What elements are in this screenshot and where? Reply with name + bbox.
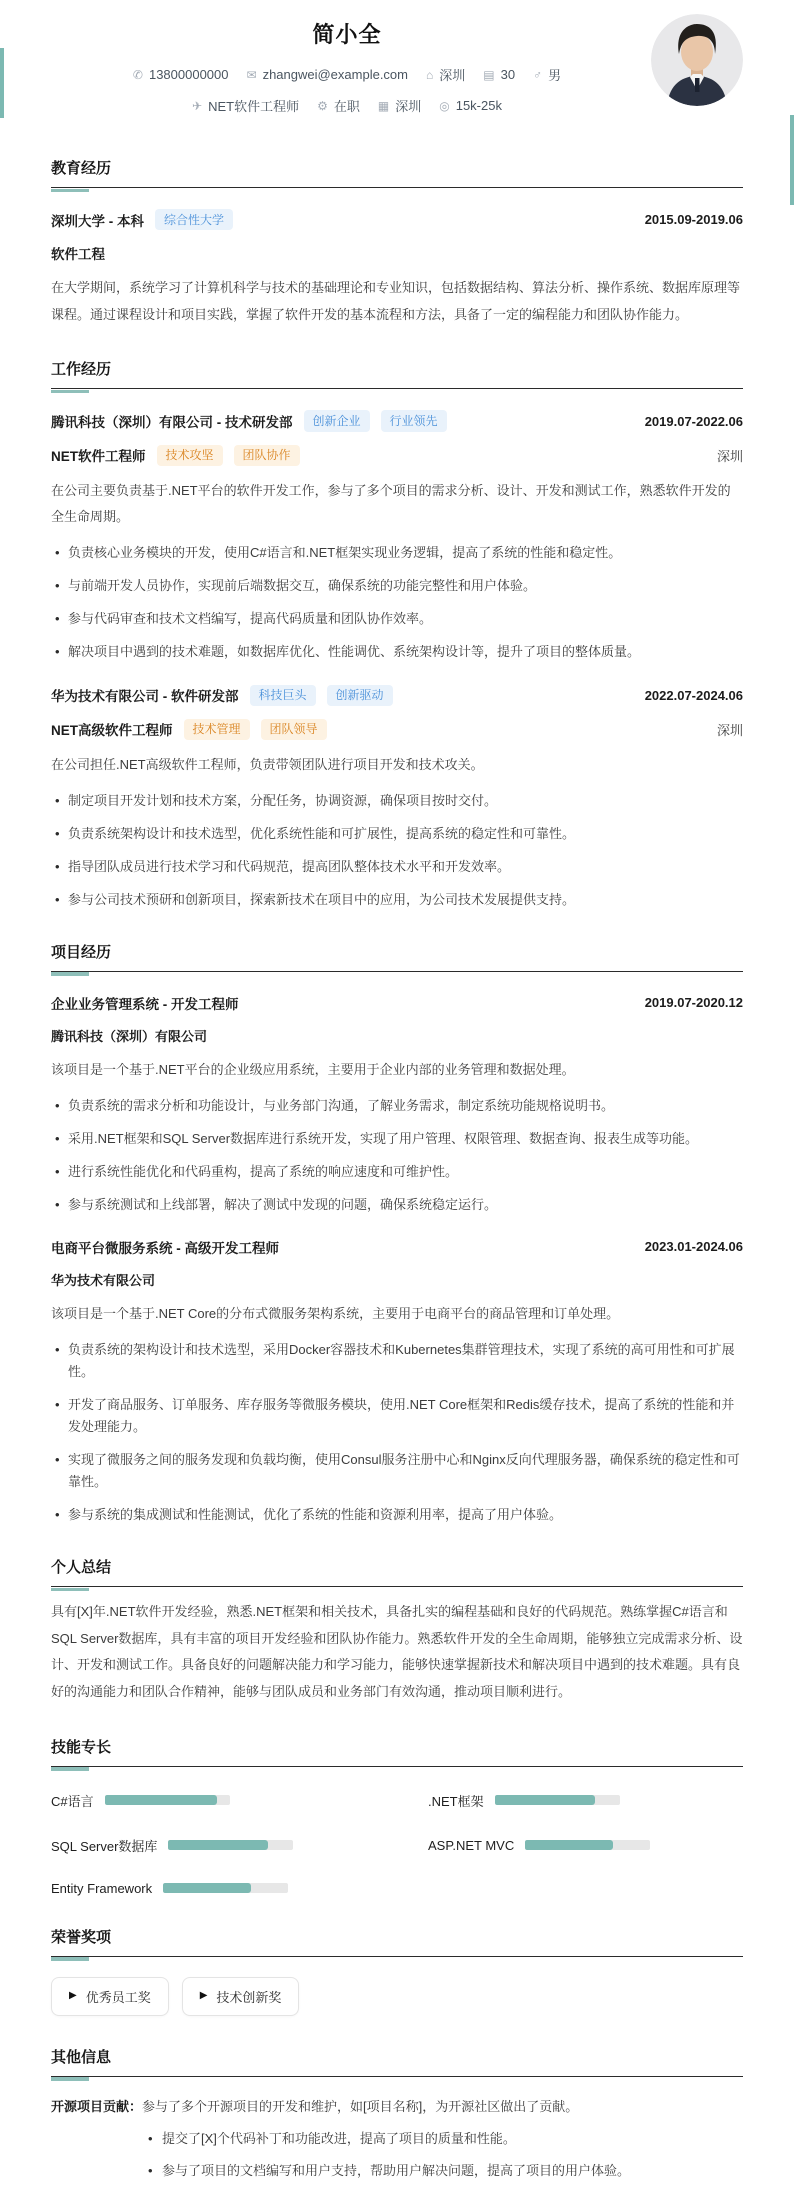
other-info-label: 开源项目贡献： [51,2099,142,2114]
section-title-education: 教育经历 [51,157,743,188]
project-date: 2023.01-2024.06 [645,1239,743,1254]
skill-bar-fill [168,1840,268,1850]
award-chip[interactable]: ▶ 优秀员工奖 [51,1977,169,2016]
award-label: 技术创新奖 [216,1987,281,2006]
section-skills: 技能专长 C#语言 .NET框架 SQL Server数据库 ASP.NET M… [51,1736,743,1896]
contact-location: ⌂ 深圳 [426,65,465,84]
skill-item: ASP.NET MVC [428,1836,743,1855]
section-work: 工作经历 腾讯科技（深圳）有限公司 - 技术研发部 创新企业 行业领先 2019… [51,358,743,910]
skill-name: .NET框架 [428,1791,484,1810]
company-name: 华为技术有限公司 - 软件研发部 [51,685,239,705]
project-entry: 企业业务管理系统 - 开发工程师 2019.07-2020.12 腾讯科技（深圳… [51,993,743,1216]
project-date: 2019.07-2020.12 [645,995,743,1010]
phone-icon: ✆ [133,69,143,81]
skill-bar-fill [105,1795,218,1805]
section-awards: 荣誉奖项 ▶ 优秀员工奖 ▶ 技术创新奖 [51,1926,743,2016]
contact-gender-text: 男 [548,65,561,84]
contact-city: ▦ 深圳 [378,96,421,115]
education-date: 2015.09-2019.06 [645,212,743,227]
contact-gender: ♂ 男 [533,65,561,84]
company-tag: 创新驱动 [327,685,393,706]
project-company: 腾讯科技（深圳）有限公司 [51,1026,743,1045]
contact-job-status-text: 在职 [334,96,360,115]
contact-row-2: ✈ NET软件工程师 ⚙ 在职 ▦ 深圳 ◎ 15k-25k [51,96,643,115]
skill-item: C#语言 [51,1791,366,1810]
bullet-item: 进行系统性能优化和代码重构，提高了系统的响应速度和可维护性。 [51,1161,743,1183]
school-tag: 综合性大学 [155,209,233,230]
role-title: NET软件工程师 [51,445,146,465]
bullet-item: 开发了商品服务、订单服务、库存服务等微服务模块，使用.NET Core框架和Re… [51,1394,743,1438]
bullet-item: 解决项目中遇到的技术难题，如数据库优化、性能调优、系统架构设计等，提升了项目的整… [51,641,743,663]
section-title-projects: 项目经历 [51,941,743,972]
bullet-item: 制定项目开发计划和技术方案，分配任务，协调资源，确保项目按时交付。 [51,790,743,812]
bullet-item: 负责核心业务模块的开发，使用C#语言和.NET框架实现业务逻辑，提高了系统的性能… [51,542,743,564]
work-desc: 在公司主要负责基于.NET平台的软件开发工作，参与了多个项目的需求分析、设计、开… [51,478,743,531]
play-icon: ▶ [69,1991,77,2001]
role-tag: 团队协作 [234,445,300,466]
project-entry: 电商平台微服务系统 - 高级开发工程师 2023.01-2024.06 华为技术… [51,1237,743,1526]
resume-page: 简小全 ✆ 13800000000 ✉ zhangwei@example.com… [0,0,794,2212]
section-title-awards: 荣誉奖项 [51,1926,743,1957]
other-info-line: 开源项目贡献：参与了多个开源项目的开发和维护，如[项目名称]，为开源社区做出了贡… [51,2095,743,2118]
home-icon: ⌂ [426,69,433,81]
skill-bar-fill [495,1795,595,1805]
project-desc: 该项目是一个基于.NET Core的分布式微服务架构系统，主要用于电商平台的商品… [51,1301,743,1328]
section-title-summary: 个人总结 [51,1556,743,1587]
contact-job-title-text: NET软件工程师 [208,96,299,115]
award-chip[interactable]: ▶ 技术创新奖 [182,1977,300,2016]
education-major: 软件工程 [51,243,105,263]
scrollbar-thumb[interactable] [790,115,794,205]
section-title-work: 工作经历 [51,358,743,389]
section-title-other: 其他信息 [51,2046,743,2077]
project-bullets: 负责系统的架构设计和技术选型，采用Docker容器技术和Kubernetes集群… [51,1339,743,1527]
bullet-item: 指导团队成员进行技术学习和代码规范，提高团队整体技术水平和开发效率。 [51,856,743,878]
award-label: 优秀员工奖 [86,1987,151,2006]
skill-name: C#语言 [51,1791,94,1810]
profile-photo [651,14,743,106]
project-title: 电商平台微服务系统 - 高级开发工程师 [51,1237,279,1257]
summary-text: 具有[X]年.NET软件开发经验，熟悉.NET框架和相关技术，具备扎实的编程基础… [51,1599,743,1706]
bullet-item: 参与了项目的文档编写和用户支持，帮助用户解决问题，提高了项目的用户体验。 [146,2160,743,2182]
role-tag: 技术管理 [184,719,250,740]
work-entry: 腾讯科技（深圳）有限公司 - 技术研发部 创新企业 行业领先 2019.07-2… [51,410,743,663]
bullet-item: 参与系统的集成测试和性能测试，优化了系统的性能和资源利用率，提高了用户体验。 [51,1504,743,1526]
bullet-item: 实现了微服务之间的服务发现和负载均衡，使用Consul服务注册中心和Nginx反… [51,1449,743,1493]
contact-job-status: ⚙ 在职 [317,96,360,115]
section-projects: 项目经历 企业业务管理系统 - 开发工程师 2019.07-2020.12 腾讯… [51,941,743,1526]
school-name: 深圳大学 - 本科 [51,210,144,230]
bullet-item: 负责系统的架构设计和技术选型，采用Docker容器技术和Kubernetes集群… [51,1339,743,1383]
play-icon: ▶ [200,1991,208,2001]
bullet-item: 负责系统的需求分析和功能设计，与业务部门沟通，了解业务需求，制定系统功能规格说明… [51,1095,743,1117]
skill-bar-track [163,1883,288,1893]
company-tag: 科技巨头 [250,685,316,706]
contact-location-text: 深圳 [439,65,465,84]
bullet-item: 负责系统架构设计和技术选型，优化系统性能和可扩展性，提高系统的稳定性和可靠性。 [51,823,743,845]
skill-bar-track [495,1795,620,1805]
work-desc: 在公司担任.NET高级软件工程师，负责带领团队进行项目开发和技术攻关。 [51,752,743,779]
contact-salary-text: 15k-25k [456,98,502,113]
contact-email: ✉ zhangwei@example.com [247,67,409,82]
skill-item: .NET框架 [428,1791,743,1810]
candidate-name: 简小全 [51,18,643,49]
mail-icon: ✉ [247,69,257,81]
skill-bar-track [168,1840,293,1850]
contact-age-text: 30 [501,67,515,82]
contact-phone-text: 13800000000 [149,67,229,82]
contact-email-text: zhangwei@example.com [263,67,408,82]
gear-icon: ⚙ [317,100,328,112]
company-tag: 创新企业 [304,410,370,431]
project-title: 企业业务管理系统 - 开发工程师 [51,993,239,1013]
project-company: 华为技术有限公司 [51,1270,743,1289]
company-name: 腾讯科技（深圳）有限公司 - 技术研发部 [51,411,293,431]
awards-list: ▶ 优秀员工奖 ▶ 技术创新奖 [51,1977,743,2016]
building-icon: ▦ [378,100,389,112]
work-location: 深圳 [717,720,743,739]
skill-name: Entity Framework [51,1881,152,1896]
paper-plane-icon: ✈ [192,100,202,112]
work-entry: 华为技术有限公司 - 软件研发部 科技巨头 创新驱动 2022.07-2024.… [51,685,743,911]
skill-name: ASP.NET MVC [428,1838,514,1853]
age-icon: ▤ [483,69,494,81]
target-icon: ◎ [439,100,449,112]
section-summary: 个人总结 具有[X]年.NET软件开发经验，熟悉.NET框架和相关技术，具备扎实… [51,1556,743,1706]
role-tag: 团队领导 [261,719,327,740]
gender-icon: ♂ [533,69,542,81]
work-date: 2019.07-2022.06 [645,414,743,429]
contact-salary: ◎ 15k-25k [439,98,502,113]
bullet-item: 采用.NET框架和SQL Server数据库进行系统开发，实现了用户管理、权限管… [51,1128,743,1150]
education-desc: 在大学期间，系统学习了计算机科学与技术的基础理论和专业知识，包括数据结构、算法分… [51,275,743,328]
contact-job-title: ✈ NET软件工程师 [192,96,299,115]
work-bullets: 制定项目开发计划和技术方案，分配任务，协调资源，确保项目按时交付。 负责系统架构… [51,790,743,911]
bullet-item: 参与代码审查和技术文档编写，提高代码质量和团队协作效率。 [51,608,743,630]
section-education: 教育经历 深圳大学 - 本科 综合性大学 2015.09-2019.06 软件工… [51,157,743,328]
bullet-item: 与前端开发人员协作，实现前后端数据交互，确保系统的功能完整性和用户体验。 [51,575,743,597]
contact-city-text: 深圳 [395,96,421,115]
skill-item: SQL Server数据库 [51,1836,366,1855]
page-edge-accent-left [0,48,4,118]
skill-item: Entity Framework [51,1881,366,1896]
company-tag: 行业领先 [381,410,447,431]
contact-phone: ✆ 13800000000 [133,67,229,82]
work-date: 2022.07-2024.06 [645,688,743,703]
bullet-item: 提交了[X]个代码补丁和功能改进，提高了项目的质量和性能。 [146,2128,743,2150]
contact-age: ▤ 30 [483,67,515,82]
bullet-item: 参与公司技术预研和创新项目，探索新技术在项目中的应用，为公司技术发展提供支持。 [51,889,743,911]
section-title-skills: 技能专长 [51,1736,743,1767]
other-info-text: 参与了多个开源项目的开发和维护，如[项目名称]，为开源社区做出了贡献。 [142,2099,578,2114]
skill-name: SQL Server数据库 [51,1836,157,1855]
project-desc: 该项目是一个基于.NET平台的企业级应用系统，主要用于企业内部的业务管理和数据处… [51,1057,743,1084]
resume-header: 简小全 ✆ 13800000000 ✉ zhangwei@example.com… [51,14,743,127]
skill-bar-fill [525,1840,613,1850]
contact-row-1: ✆ 13800000000 ✉ zhangwei@example.com ⌂ 深… [51,65,643,84]
role-title: NET高级软件工程师 [51,719,173,739]
role-tag: 技术攻坚 [157,445,223,466]
work-location: 深圳 [717,446,743,465]
bullet-item: 参与系统测试和上线部署，解决了测试中发现的问题，确保系统稳定运行。 [51,1194,743,1216]
work-bullets: 负责核心业务模块的开发，使用C#语言和.NET框架实现业务逻辑，提高了系统的性能… [51,542,743,663]
section-other: 其他信息 开源项目贡献：参与了多个开源项目的开发和维护，如[项目名称]，为开源社… [51,2046,743,2183]
other-bullets: 提交了[X]个代码补丁和功能改进，提高了项目的质量和性能。 参与了项目的文档编写… [146,2128,743,2182]
skill-bar-track [525,1840,650,1850]
project-bullets: 负责系统的需求分析和功能设计，与业务部门沟通，了解业务需求，制定系统功能规格说明… [51,1095,743,1216]
skill-bar-fill [163,1883,251,1893]
skills-grid: C#语言 .NET框架 SQL Server数据库 ASP.NET MVC En… [51,1791,743,1896]
skill-bar-track [105,1795,230,1805]
